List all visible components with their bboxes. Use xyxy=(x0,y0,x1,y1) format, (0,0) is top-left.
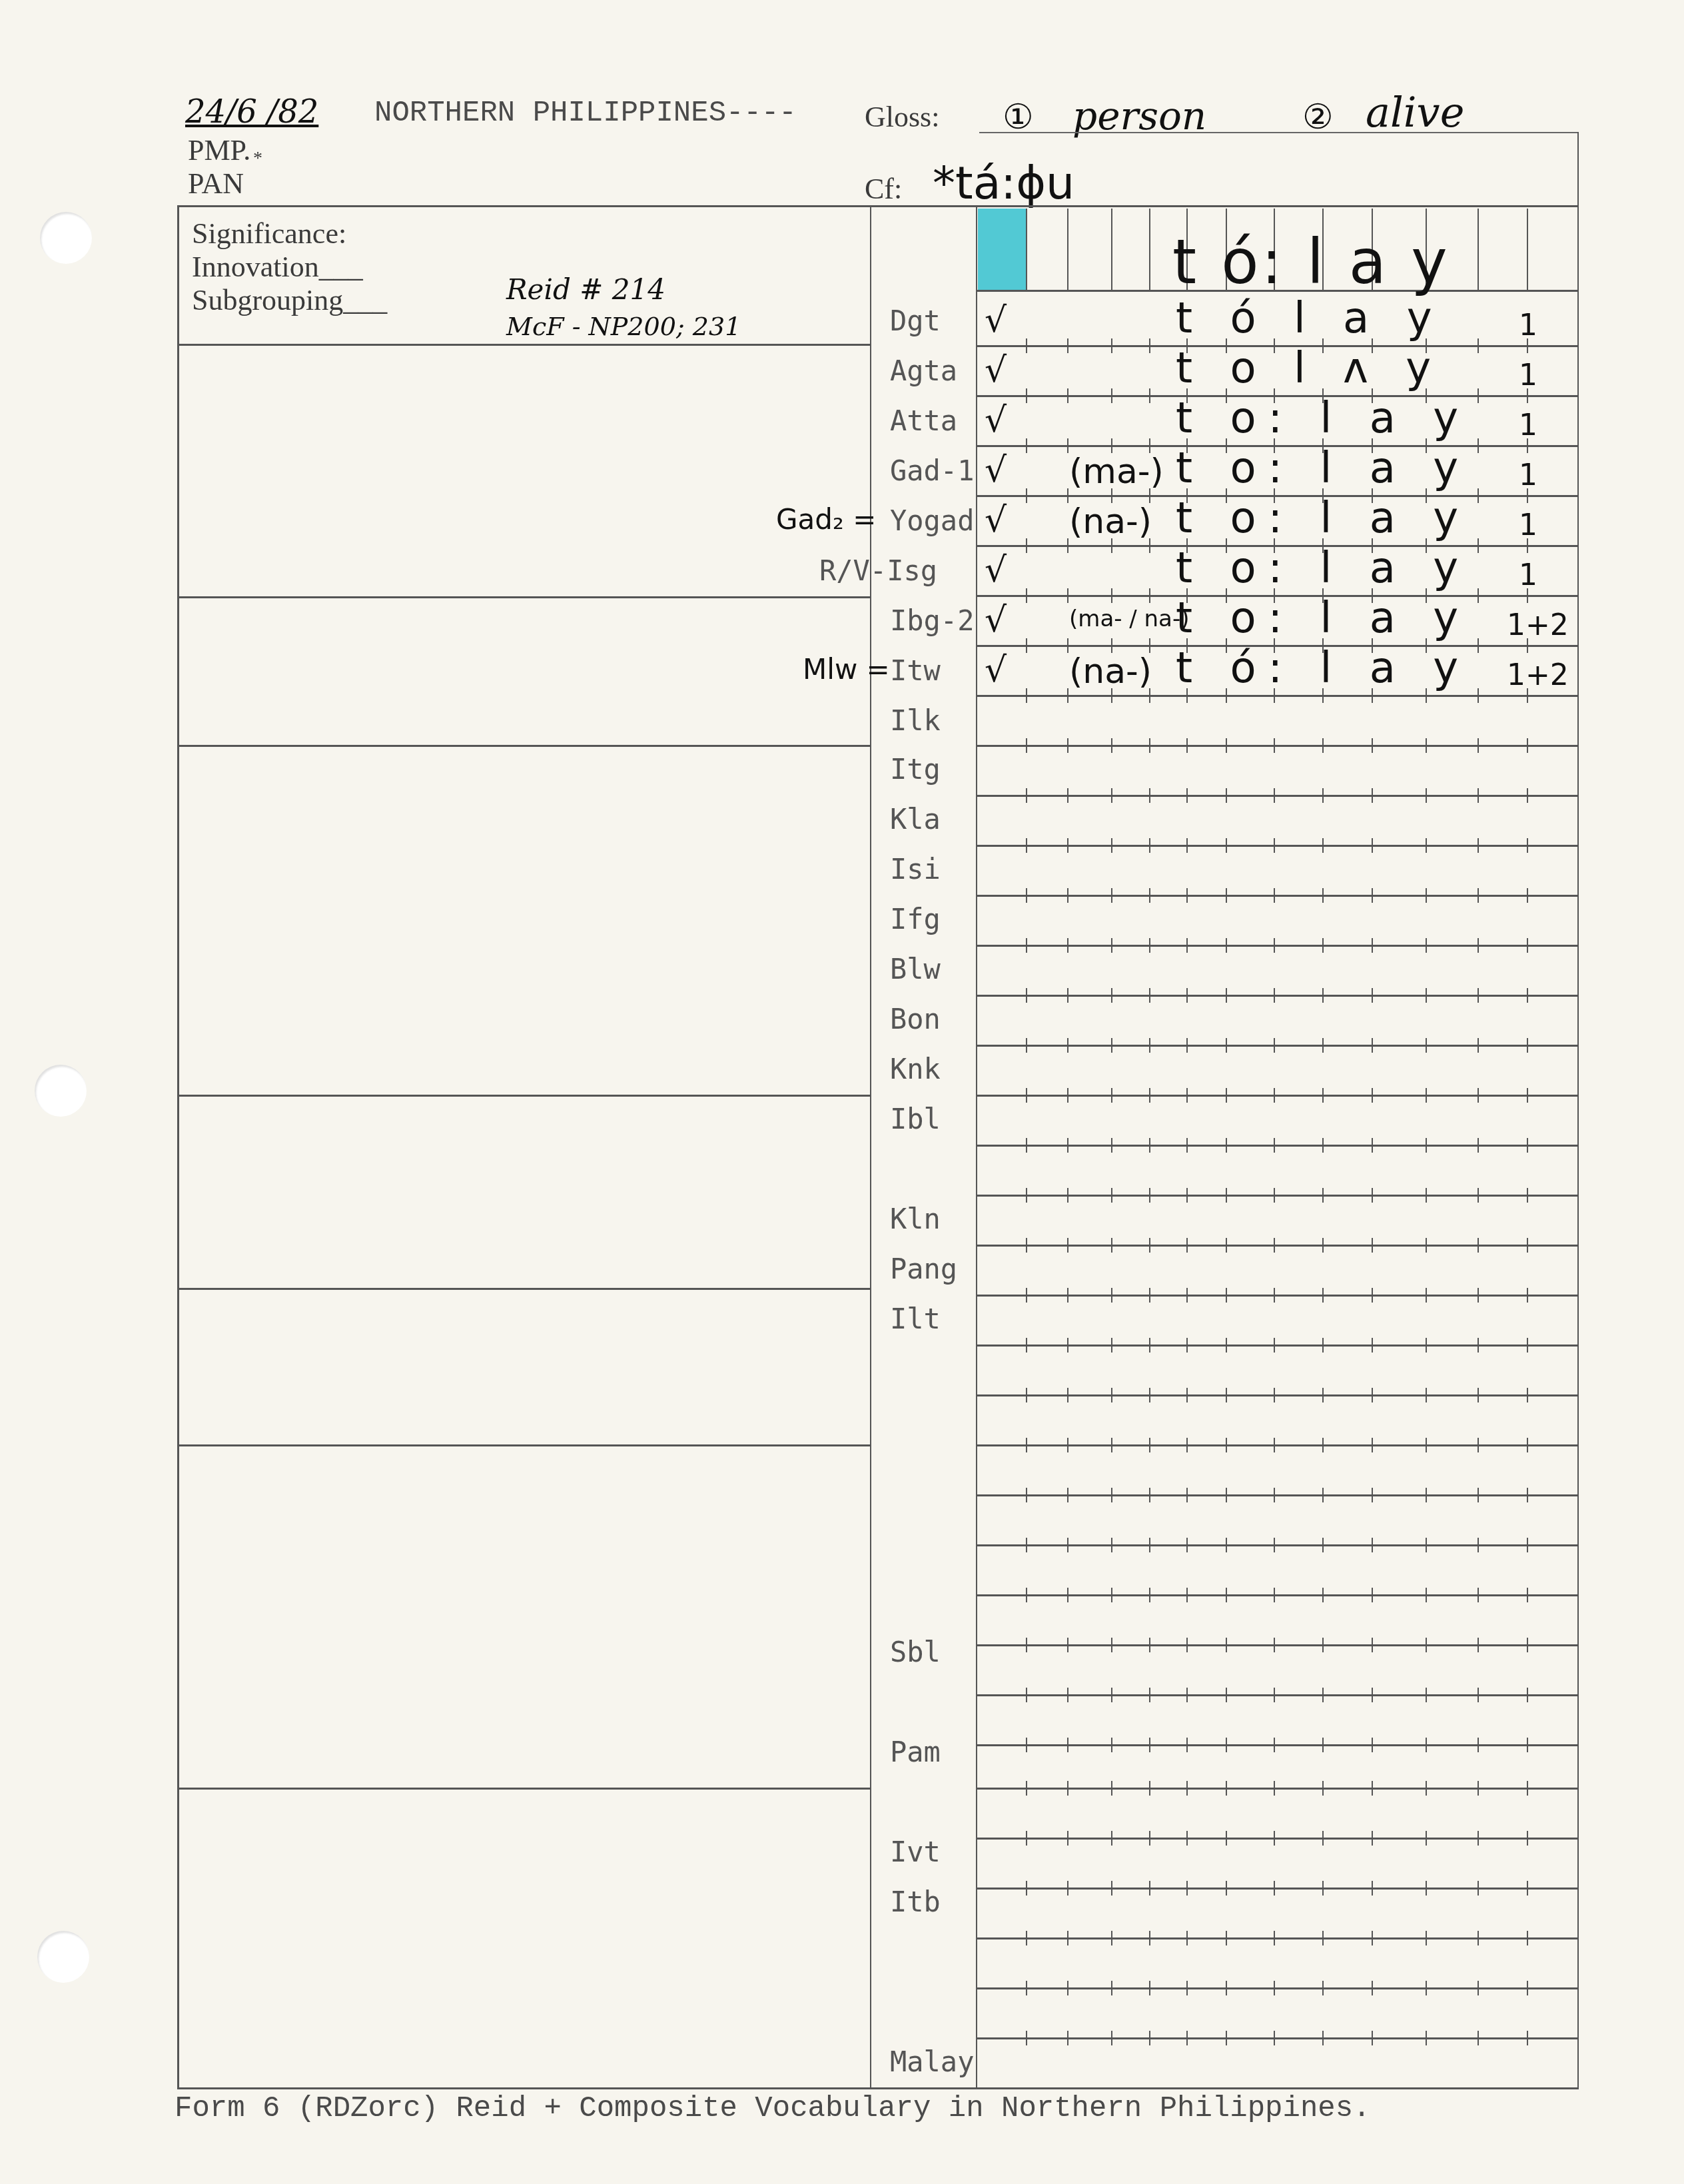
segment-tick xyxy=(1149,1488,1150,1502)
segment-tick xyxy=(1226,1538,1227,1552)
segment-tick xyxy=(1477,1638,1479,1652)
segment-tick xyxy=(1226,1781,1227,1796)
segment-tick xyxy=(1026,1781,1027,1796)
language-label: Pang xyxy=(890,1253,957,1285)
row-rule xyxy=(976,695,1577,697)
gloss-reference: 1 xyxy=(1519,358,1537,392)
notes-divider-5 xyxy=(177,1288,870,1290)
language-label: Ivt xyxy=(890,1836,941,1868)
segment-tick xyxy=(1477,438,1479,453)
segment-tick xyxy=(1477,1138,1479,1153)
segment-tick xyxy=(1111,588,1112,603)
segment-tick xyxy=(1322,738,1324,753)
segment-tick xyxy=(1186,1038,1188,1053)
segment-tick xyxy=(1026,688,1027,703)
segment-tick xyxy=(1477,1038,1479,1053)
segment-tick xyxy=(1274,2031,1275,2045)
segment-tick xyxy=(1527,1688,1528,1702)
segment-divider xyxy=(1026,209,1027,290)
reference-mcf: McF - NP200; 231 xyxy=(506,312,741,341)
segment-tick xyxy=(1426,1088,1427,1103)
segment-tick xyxy=(1274,838,1275,853)
segment-tick xyxy=(1067,1038,1068,1053)
segment-tick xyxy=(1111,888,1112,903)
language-label: Kln xyxy=(890,1203,941,1235)
segment-tick xyxy=(1372,1488,1373,1502)
frame-right-top xyxy=(1577,132,1579,209)
segment-tick xyxy=(1067,1781,1068,1796)
segment-tick xyxy=(1372,1288,1373,1303)
segment-tick xyxy=(1067,1388,1068,1402)
segment-tick xyxy=(1274,1338,1275,1353)
language-label: Yogad xyxy=(890,504,974,537)
segment-tick xyxy=(1111,1831,1112,1846)
segment-tick xyxy=(1067,588,1068,603)
segment-tick xyxy=(1426,1538,1427,1552)
segment-tick xyxy=(1226,738,1227,753)
segment-tick xyxy=(1226,1488,1227,1502)
gloss-2-marker: ② xyxy=(1302,97,1334,137)
segment-tick xyxy=(1186,1388,1188,1402)
segment-tick xyxy=(1274,1138,1275,1153)
segment-tick xyxy=(1149,988,1150,1003)
segment-tick xyxy=(1322,1588,1324,1602)
segment-tick xyxy=(1149,1638,1150,1652)
segment-tick xyxy=(1477,1881,1479,1896)
segment-tick xyxy=(1226,1388,1227,1402)
language-label: Dgt xyxy=(890,304,941,337)
segment-tick xyxy=(1026,588,1027,603)
segment-tick xyxy=(1186,1138,1188,1153)
segment-tick xyxy=(1527,1038,1528,1053)
segment-tick xyxy=(1527,1338,1528,1353)
cf-value: *tá:ɸu xyxy=(933,157,1074,210)
segment-tick xyxy=(1477,488,1479,503)
segment-tick xyxy=(1067,1688,1068,1702)
segment-tick xyxy=(1111,1738,1112,1752)
segment-tick xyxy=(1149,438,1150,453)
segment-tick xyxy=(1477,1588,1479,1602)
segment-tick xyxy=(1067,788,1068,803)
segment-tick xyxy=(1026,738,1027,753)
segment-tick xyxy=(1226,1338,1227,1353)
segment-tick xyxy=(1322,1981,1324,1995)
language-label: Ilt xyxy=(890,1303,941,1335)
segment-tick xyxy=(1426,1138,1427,1153)
segment-tick xyxy=(1477,1238,1479,1253)
segment-tick xyxy=(1274,1981,1275,1995)
segment-tick xyxy=(1372,1038,1373,1053)
affix: (ma- / na-) xyxy=(1069,606,1189,632)
segment-tick xyxy=(1527,1138,1528,1153)
segment-tick xyxy=(1149,1188,1150,1203)
binder-hole-top xyxy=(40,212,92,264)
segment-tick xyxy=(1111,638,1112,653)
segment-tick xyxy=(1149,1038,1150,1053)
segment-tick xyxy=(1026,1138,1027,1153)
segment-tick xyxy=(1274,1238,1275,1253)
segment-tick xyxy=(1322,1388,1324,1402)
segment-tick xyxy=(1026,488,1027,503)
segment-tick xyxy=(1067,1238,1068,1253)
segment-tick xyxy=(1111,1538,1112,1552)
segment-tick xyxy=(1372,1931,1373,1945)
segment-tick xyxy=(1274,788,1275,803)
segment-divider xyxy=(1149,209,1150,290)
segment-tick xyxy=(1186,888,1188,903)
segment-tick xyxy=(1477,1781,1479,1796)
segment-tick xyxy=(1274,1638,1275,1652)
row-rule xyxy=(976,995,1577,997)
segment-tick xyxy=(1527,1438,1528,1452)
significance-top-rule xyxy=(177,205,1579,207)
check-mark: √ xyxy=(985,400,1007,440)
segment-tick xyxy=(1067,688,1068,703)
gloss-reference: 1 xyxy=(1519,558,1537,592)
segment-tick xyxy=(1322,1488,1324,1502)
row-rule xyxy=(976,1838,1577,1840)
row-rule xyxy=(976,1195,1577,1197)
gloss-reference: 1 xyxy=(1519,458,1537,492)
segment-tick xyxy=(1026,1038,1027,1053)
segment-tick xyxy=(1322,1188,1324,1203)
date: 24/6 /82 xyxy=(185,93,318,131)
segment-tick xyxy=(1527,1238,1528,1253)
language-label: Ibg-2 xyxy=(890,604,974,637)
segment-tick xyxy=(1149,1538,1150,1552)
segment-tick xyxy=(1026,1638,1027,1652)
segment-tick xyxy=(1274,1931,1275,1945)
segment-tick xyxy=(1226,1288,1227,1303)
notes-divider-3 xyxy=(177,745,870,747)
segment-tick xyxy=(1149,1931,1150,1945)
row-rule xyxy=(976,1345,1577,1347)
language-label: Gad-1 xyxy=(890,454,974,487)
segment-tick xyxy=(1527,1638,1528,1652)
segment-tick xyxy=(1067,1881,1068,1896)
segment-tick xyxy=(1186,988,1188,1003)
segment-tick xyxy=(1186,1688,1188,1702)
segment-tick xyxy=(1274,888,1275,903)
segment-tick xyxy=(1372,888,1373,903)
segment-tick xyxy=(1372,1388,1373,1402)
check-mark: √ xyxy=(985,550,1007,590)
segment-tick xyxy=(1426,1781,1427,1796)
segment-tick xyxy=(1067,838,1068,853)
segment-tick xyxy=(1322,1738,1324,1752)
segment-tick xyxy=(1322,1138,1324,1153)
segment-tick xyxy=(1111,388,1112,403)
segment-tick xyxy=(1322,2031,1324,2045)
segment-tick xyxy=(1067,938,1068,953)
segment-tick xyxy=(1226,2031,1227,2045)
gloss-label: Gloss: xyxy=(865,100,939,134)
segment-tick xyxy=(1372,938,1373,953)
language-label: Ifg xyxy=(890,903,941,935)
segment-tick xyxy=(1067,438,1068,453)
language-label: Kla xyxy=(890,803,941,835)
segment-tick xyxy=(1067,1981,1068,1995)
check-mark: √ xyxy=(985,350,1007,390)
notes-divider-6 xyxy=(177,1444,870,1446)
segment-tick xyxy=(1026,1288,1027,1303)
segment-tick xyxy=(1477,1388,1479,1402)
segment-tick xyxy=(1149,1388,1150,1402)
segment-tick xyxy=(1274,1881,1275,1896)
language-label: Bon xyxy=(890,1003,941,1035)
segment-tick xyxy=(1322,1831,1324,1846)
segment-tick xyxy=(1186,1638,1188,1652)
segment-tick xyxy=(1477,2031,1479,2045)
segment-tick xyxy=(1426,1288,1427,1303)
segment-tick xyxy=(1226,838,1227,853)
segment-tick xyxy=(1372,1338,1373,1353)
segment-tick xyxy=(1067,1138,1068,1153)
segment-tick xyxy=(1226,1238,1227,1253)
row-rule xyxy=(976,745,1577,747)
segment-tick xyxy=(1527,738,1528,753)
notes-divider-2 xyxy=(177,596,870,598)
row-rule xyxy=(976,1045,1577,1047)
segment-tick xyxy=(1426,1188,1427,1203)
segment-tick xyxy=(1322,1931,1324,1945)
segment-tick xyxy=(1186,1931,1188,1945)
row-rule xyxy=(976,1694,1577,1696)
segment-tick xyxy=(1372,1831,1373,1846)
segment-tick xyxy=(1186,1438,1188,1452)
segment-tick xyxy=(1372,1781,1373,1796)
segment-tick xyxy=(1149,1588,1150,1602)
segment-tick xyxy=(1322,1288,1324,1303)
row-rule xyxy=(976,895,1577,897)
segment-tick xyxy=(1067,1588,1068,1602)
segment-tick xyxy=(1149,888,1150,903)
segment-tick xyxy=(1026,788,1027,803)
segment-tick xyxy=(1527,938,1528,953)
segment-tick xyxy=(1067,988,1068,1003)
segment-tick xyxy=(1111,1188,1112,1203)
segment-divider xyxy=(1477,209,1479,290)
segment-tick xyxy=(1111,1881,1112,1896)
reconstruction-form: t ó: l a y xyxy=(1172,227,1450,298)
segment-tick xyxy=(1149,1781,1150,1796)
segment-tick xyxy=(1426,1488,1427,1502)
segment-tick xyxy=(1274,1038,1275,1053)
segment-tick xyxy=(1477,588,1479,603)
row-rule xyxy=(976,1394,1577,1396)
segment-tick xyxy=(1111,1038,1112,1053)
language-equivalence-note: Mlw = xyxy=(803,653,890,686)
segment-tick xyxy=(1067,1831,1068,1846)
segment-tick xyxy=(1111,738,1112,753)
segment-tick xyxy=(1477,538,1479,553)
segment-tick xyxy=(1026,1188,1027,1203)
segment-tick xyxy=(1372,1238,1373,1253)
affix: (na-) xyxy=(1069,652,1152,692)
segment-tick xyxy=(1477,688,1479,703)
segment-tick xyxy=(1426,1238,1427,1253)
segment-tick xyxy=(1026,1738,1027,1752)
segment-tick xyxy=(1111,988,1112,1003)
segment-tick xyxy=(1274,1688,1275,1702)
segment-tick xyxy=(1372,788,1373,803)
segment-tick xyxy=(1426,888,1427,903)
segment-tick xyxy=(1026,1488,1027,1502)
segment-tick xyxy=(1274,1781,1275,1796)
segment-tick xyxy=(1186,938,1188,953)
segment-tick xyxy=(1186,1088,1188,1103)
innovation-label: Innovation___ xyxy=(192,250,363,284)
segment-tick xyxy=(1026,2031,1027,2045)
row-rule xyxy=(976,1544,1577,1546)
segment-tick xyxy=(1477,1981,1479,1995)
segment-tick xyxy=(1067,1438,1068,1452)
segment-divider xyxy=(1111,209,1112,290)
segment-tick xyxy=(1026,1238,1027,1253)
segment-tick xyxy=(1527,2031,1528,2045)
segment-tick xyxy=(1477,838,1479,853)
language-label: Atta xyxy=(890,404,957,437)
segment-tick xyxy=(1274,938,1275,953)
region-title: NORTHERN PHILIPPINES---- xyxy=(374,97,797,130)
cognate-form: t ó: l a y xyxy=(1176,644,1470,693)
check-mark: √ xyxy=(985,450,1007,490)
gloss-reference: 1 xyxy=(1519,408,1537,442)
segment-tick xyxy=(1067,1538,1068,1552)
segment-tick xyxy=(1372,1638,1373,1652)
row-rule xyxy=(976,1444,1577,1446)
segment-tick xyxy=(1067,1188,1068,1203)
segment-tick xyxy=(1226,1088,1227,1103)
segment-tick xyxy=(1111,1931,1112,1945)
segment-tick xyxy=(1226,1981,1227,1995)
segment-tick xyxy=(1026,1981,1027,1995)
footer-caption: Form 6 (RDZorc) Reid + Composite Vocabul… xyxy=(175,2092,1371,2125)
row-rule xyxy=(976,2037,1577,2039)
segment-tick xyxy=(1111,1588,1112,1602)
language-label: Knk xyxy=(890,1053,941,1085)
segment-tick xyxy=(1372,1438,1373,1452)
segment-tick xyxy=(1426,1881,1427,1896)
reference-reid: Reid # 214 xyxy=(506,273,665,306)
segment-tick xyxy=(1322,1688,1324,1702)
check-mark: √ xyxy=(985,300,1007,340)
segment-tick xyxy=(1111,1638,1112,1652)
segment-tick xyxy=(1426,1038,1427,1053)
segment-tick xyxy=(1149,2031,1150,2045)
gloss-underline xyxy=(979,132,1579,133)
language-equivalence-note: Gad₂ = xyxy=(776,503,876,536)
segment-tick xyxy=(1426,988,1427,1003)
segment-tick xyxy=(1477,1831,1479,1846)
segment-tick xyxy=(1527,1881,1528,1896)
row-rule xyxy=(976,795,1577,797)
segment-tick xyxy=(1067,1931,1068,1945)
language-label: Malay xyxy=(890,2045,974,2078)
segment-tick xyxy=(1026,1881,1027,1896)
segment-tick xyxy=(1026,1338,1027,1353)
segment-tick xyxy=(1477,1088,1479,1103)
segment-tick xyxy=(1186,1831,1188,1846)
segment-tick xyxy=(1186,1981,1188,1995)
segment-tick xyxy=(1067,1088,1068,1103)
segment-tick xyxy=(1426,1338,1427,1353)
segment-divider xyxy=(1527,209,1528,290)
cognate-form: t o l ʌ y xyxy=(1176,344,1443,393)
language-label: Isi xyxy=(890,853,941,885)
segment-tick xyxy=(1026,1688,1027,1702)
segment-tick xyxy=(1149,1688,1150,1702)
segment-tick xyxy=(1274,1088,1275,1103)
segment-tick xyxy=(1527,1588,1528,1602)
segment-tick xyxy=(1477,738,1479,753)
segment-tick xyxy=(1067,1638,1068,1652)
check-mark: √ xyxy=(985,500,1007,540)
segment-tick xyxy=(1186,1588,1188,1602)
segment-tick xyxy=(1322,1038,1324,1053)
check-mark: √ xyxy=(985,650,1007,690)
segment-tick xyxy=(1426,1738,1427,1752)
affix: (ma-) xyxy=(1069,452,1164,492)
segment-tick xyxy=(1026,438,1027,453)
segment-tick xyxy=(1322,888,1324,903)
language-label: Pam xyxy=(890,1736,941,1768)
segment-tick xyxy=(1477,1188,1479,1203)
segment-tick xyxy=(1527,1981,1528,1995)
segment-tick xyxy=(1067,888,1068,903)
significance-title: Significance: xyxy=(192,217,346,251)
notes-divider-7 xyxy=(177,1788,870,1790)
segment-tick xyxy=(1226,888,1227,903)
segment-tick xyxy=(1274,1738,1275,1752)
segment-tick xyxy=(1026,888,1027,903)
segment-tick xyxy=(1477,988,1479,1003)
segment-tick xyxy=(1067,488,1068,503)
segment-tick xyxy=(1477,338,1479,353)
segment-tick xyxy=(1426,838,1427,853)
segment-tick xyxy=(1026,1388,1027,1402)
language-label: Ilk xyxy=(890,704,941,737)
segment-tick xyxy=(1067,1288,1068,1303)
segment-tick xyxy=(1149,1088,1150,1103)
segment-tick xyxy=(1372,1738,1373,1752)
language-label: Blw xyxy=(890,953,941,985)
segment-tick xyxy=(1477,1688,1479,1702)
gloss-1-marker: ① xyxy=(1003,97,1034,137)
row-rule xyxy=(976,1888,1577,1890)
segment-tick xyxy=(1111,1288,1112,1303)
segment-tick xyxy=(1226,1438,1227,1452)
language-label: Agta xyxy=(890,354,957,387)
segment-tick xyxy=(1067,738,1068,753)
language-col-left xyxy=(870,205,871,2087)
segment-tick xyxy=(1477,1338,1479,1353)
segment-tick xyxy=(1274,1288,1275,1303)
segment-tick xyxy=(1026,338,1027,353)
segment-tick xyxy=(1149,938,1150,953)
segment-tick xyxy=(1149,838,1150,853)
segment-tick xyxy=(1067,2031,1068,2045)
segment-tick xyxy=(1111,1488,1112,1502)
segment-tick xyxy=(1149,1288,1150,1303)
segment-tick xyxy=(1372,1138,1373,1153)
segment-tick xyxy=(1026,388,1027,403)
segment-tick xyxy=(1372,1588,1373,1602)
segment-tick xyxy=(1372,1881,1373,1896)
segment-tick xyxy=(1477,938,1479,953)
segment-tick xyxy=(1026,1588,1027,1602)
language-label: R/V-Isg xyxy=(819,554,937,587)
